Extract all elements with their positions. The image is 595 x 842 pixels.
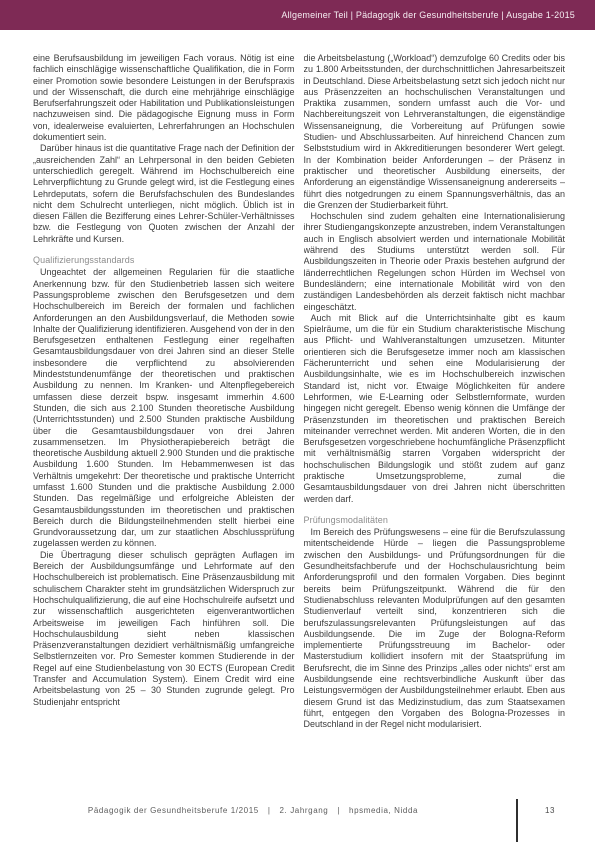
body-paragraph: Auch mit Blick auf die Unterrichtsinhalt…	[304, 313, 566, 505]
text-column-right: die Arbeitsbelastung („Workload“) demzuf…	[304, 53, 566, 795]
text-columns: eine Berufsausbildung im jeweiligen Fach…	[33, 53, 565, 795]
journal-page: Allgemeiner Teil | Pädagogik der Gesundh…	[0, 0, 595, 842]
body-paragraph: Darüber hinaus ist die quantitative Frag…	[33, 143, 295, 245]
body-paragraph: Im Bereich des Prüfungswesens – eine für…	[304, 527, 566, 730]
section-heading: Prüfungsmodalitäten	[304, 515, 566, 526]
section-heading: Qualifizierungsstandards	[33, 255, 295, 266]
footer-rule	[516, 799, 518, 842]
body-paragraph: Die Übertragung dieser schulisch geprägt…	[33, 550, 295, 708]
body-paragraph: eine Berufsausbildung im jeweiligen Fach…	[33, 53, 295, 143]
body-paragraph: Ungeachtet der allgemeinen Regularien fü…	[33, 267, 295, 549]
text-column-left: eine Berufsausbildung im jeweiligen Fach…	[33, 53, 295, 795]
page-header-bar: Allgemeiner Teil | Pädagogik der Gesundh…	[0, 0, 595, 30]
footer-volume: 2. Jahrgang	[280, 806, 329, 815]
body-paragraph: die Arbeitsbelastung („Workload“) demzuf…	[304, 53, 566, 211]
page-number: 13	[538, 806, 562, 815]
footer-separator: |	[268, 806, 271, 815]
page-footer: Pädagogik der Gesundheitsberufe 1/2015 |…	[33, 806, 473, 815]
running-head: Allgemeiner Teil | Pädagogik der Gesundh…	[281, 10, 575, 20]
footer-separator: |	[337, 806, 340, 815]
body-paragraph: Hochschulen sind zudem gehalten eine Int…	[304, 211, 566, 313]
footer-journal-title: Pädagogik der Gesundheitsberufe 1/2015	[88, 806, 259, 815]
footer-publisher: hpsmedia, Nidda	[349, 806, 418, 815]
